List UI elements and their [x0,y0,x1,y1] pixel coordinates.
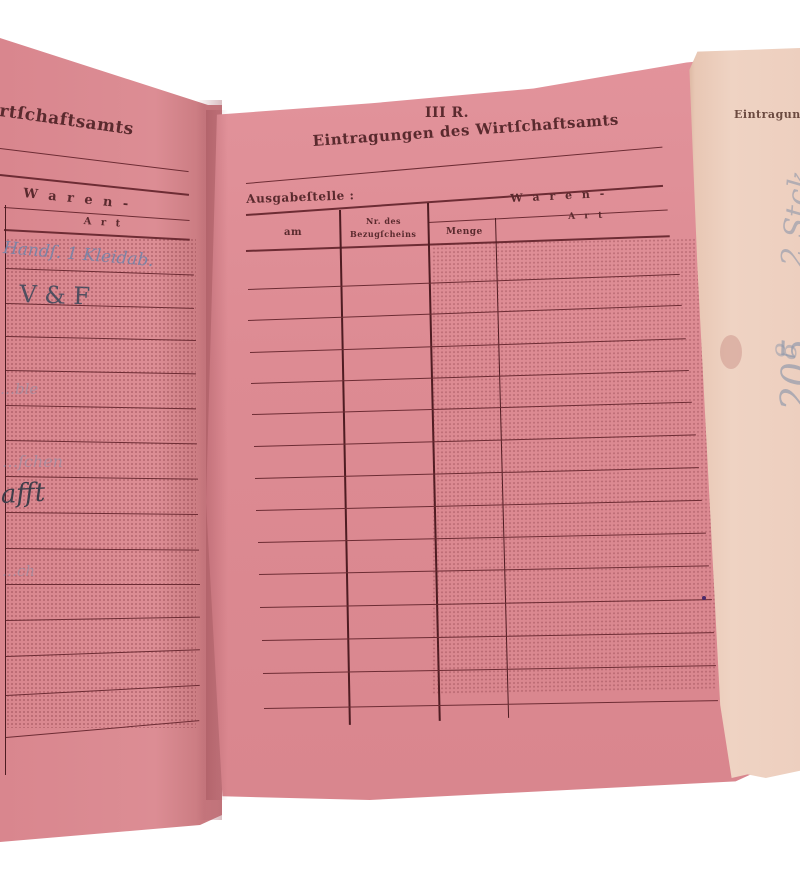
left-handwriting-line-3: afft [0,478,46,510]
left-row-rule [6,584,200,585]
right-pencil-note-3: 8 [770,342,800,360]
center-page-fold-shadow [206,110,228,800]
page-code: III R. [425,105,469,121]
right-page-title: Eintragun [734,108,800,121]
paper-stain [720,335,742,369]
column-header-am: am [284,227,302,238]
left-handwriting-line-2: V & F [19,280,91,310]
left-faint-note-2: …ſchen [2,452,63,471]
column-header-nr-line2: Bezugſcheins [350,229,416,239]
left-faint-note-3: …ch [2,562,35,580]
ink-dot [702,596,706,600]
column-header-nr-line1: Nr. des [366,216,401,226]
art-column-subheader: A r t [568,211,605,222]
column-header-menge: Menge [446,227,483,237]
left-faint-note-1: …ble [0,380,38,398]
